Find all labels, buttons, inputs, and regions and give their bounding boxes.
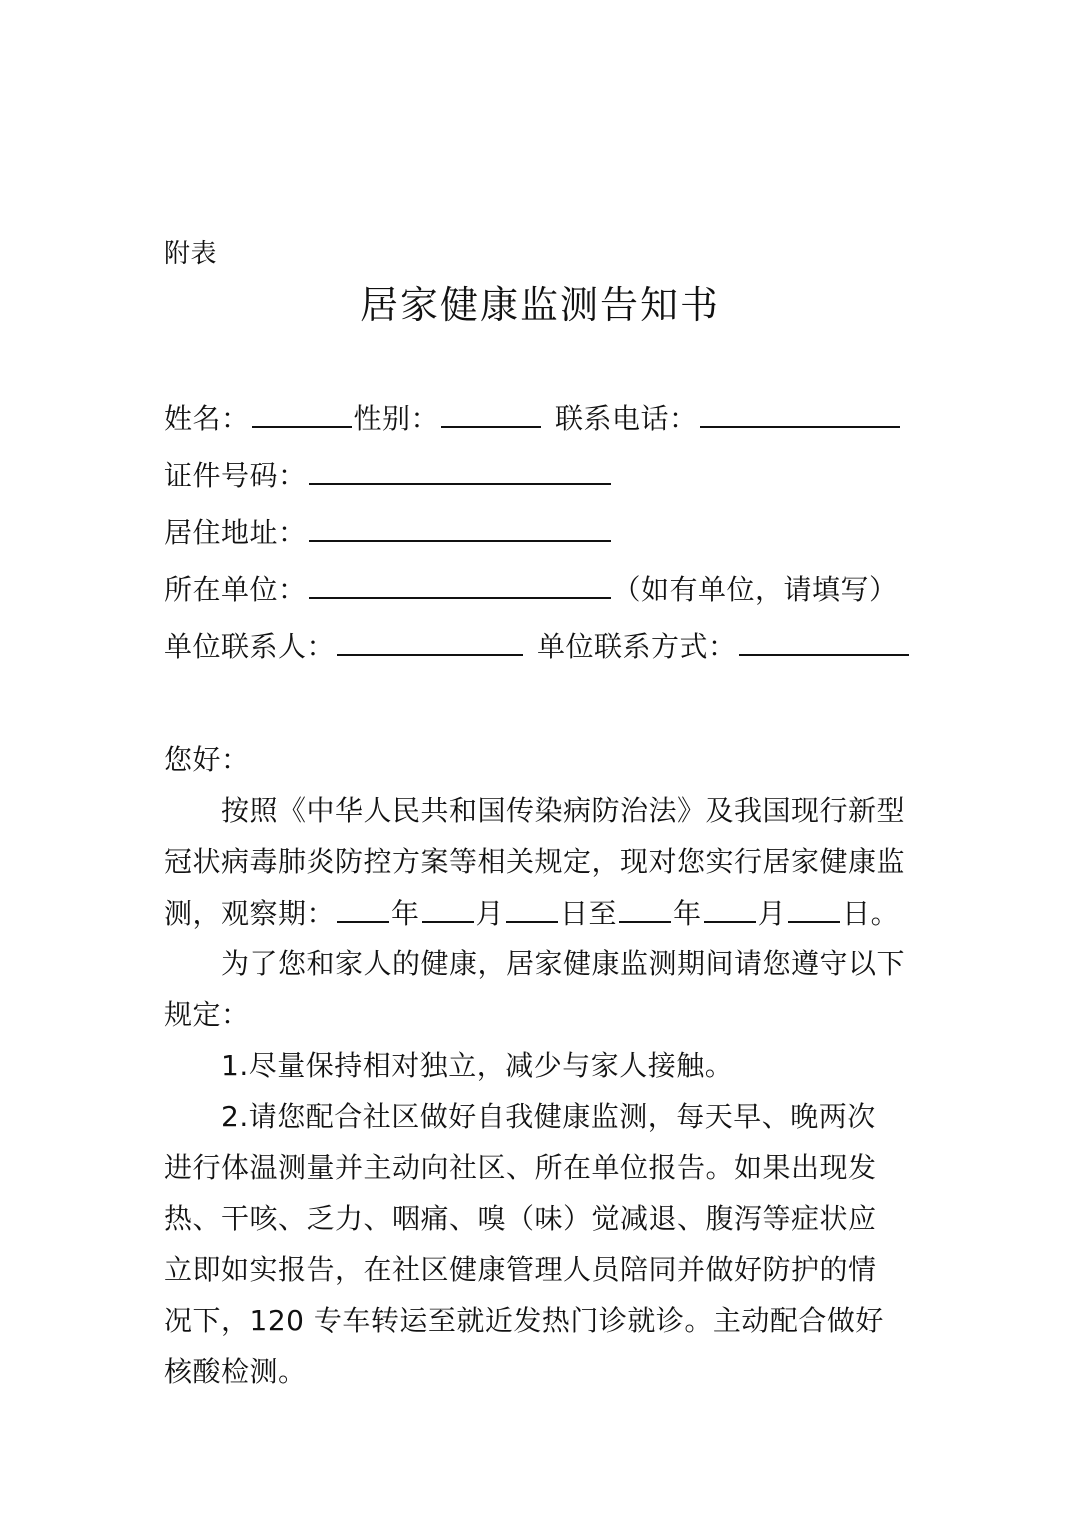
appendix-label: 附表 (164, 234, 217, 274)
document-title: 居家健康监测告知书 (0, 280, 1080, 330)
rule-1: 1.尽量保持相对独立，减少与家人接触。 (221, 1046, 733, 1086)
end-month-unit: 月 (758, 897, 787, 930)
form-row-basic-info: 姓名：性别：联系电话： (164, 398, 902, 439)
start-year-unit: 年 (391, 897, 420, 930)
end-day-unit: 日。 (842, 897, 899, 930)
phone-field[interactable] (700, 398, 900, 428)
gender-field[interactable] (441, 398, 541, 428)
employer-field[interactable] (309, 569, 611, 599)
employer-note: （如有单位，请填写） (613, 573, 898, 606)
end-day-field[interactable] (788, 893, 840, 923)
form-row-employer: 所在单位：（如有单位，请填写） (164, 569, 898, 610)
address-label: 居住地址： (164, 516, 307, 549)
paragraph-1-line-2: 冠状病毒肺炎防控方案等相关规定，现对您实行居家健康监 (164, 842, 905, 882)
end-year-field[interactable] (619, 893, 671, 923)
name-field[interactable] (252, 398, 352, 428)
form-row-address: 居住地址： (164, 512, 613, 553)
name-label: 姓名： (164, 402, 250, 435)
start-month-unit: 月 (476, 897, 505, 930)
start-day-unit: 日至 (560, 897, 617, 930)
rule-2-line-6: 核酸检测。 (164, 1352, 307, 1392)
id-field[interactable] (309, 455, 611, 485)
gender-label: 性别： (354, 402, 440, 435)
document-page: 附表 居家健康监测告知书 姓名：性别：联系电话： 证件号码： 居住地址： 所在单… (0, 0, 1080, 1527)
address-field[interactable] (309, 512, 611, 542)
form-row-id: 证件号码： (164, 455, 613, 496)
employer-contact-field[interactable] (337, 626, 523, 656)
employer-contact-method-field[interactable] (739, 626, 909, 656)
start-day-field[interactable] (506, 893, 558, 923)
end-year-unit: 年 (673, 897, 702, 930)
paragraph-2-line-1: 为了您和家人的健康，居家健康监测期间请您遵守以下 (221, 944, 905, 984)
observation-period-line: 测，观察期：年月日至年月日。 (164, 893, 899, 934)
observation-period-label: 测，观察期： (164, 897, 335, 930)
form-row-employer-contact: 单位联系人：单位联系方式： (164, 626, 911, 667)
start-month-field[interactable] (422, 893, 474, 923)
rule-2-line-4: 立即如实报告，在社区健康管理人员陪同并做好防护的情 (164, 1250, 877, 1290)
phone-label: 联系电话： (555, 402, 698, 435)
rule-2-line-1: 2.请您配合社区做好自我健康监测，每天早、晚两次 (221, 1097, 876, 1137)
employer-contact-method-label: 单位联系方式： (537, 630, 737, 663)
paragraph-2-line-2: 规定： (164, 995, 250, 1035)
id-label: 证件号码： (164, 459, 307, 492)
start-year-field[interactable] (337, 893, 389, 923)
employer-contact-label: 单位联系人： (164, 630, 335, 663)
rule-2-line-2: 进行体温测量并主动向社区、所在单位报告。如果出现发 (164, 1148, 877, 1188)
greeting: 您好： (164, 740, 250, 780)
employer-label: 所在单位： (164, 573, 307, 606)
end-month-field[interactable] (704, 893, 756, 923)
rule-2-line-5: 况下，120 专车转运至就近发热门诊就诊。主动配合做好 (164, 1301, 884, 1341)
rule-2-line-3: 热、干咳、乏力、咽痛、嗅（味）觉减退、腹泻等症状应 (164, 1199, 877, 1239)
paragraph-1-line-1: 按照《中华人民共和国传染病防治法》及我国现行新型 (221, 791, 905, 831)
